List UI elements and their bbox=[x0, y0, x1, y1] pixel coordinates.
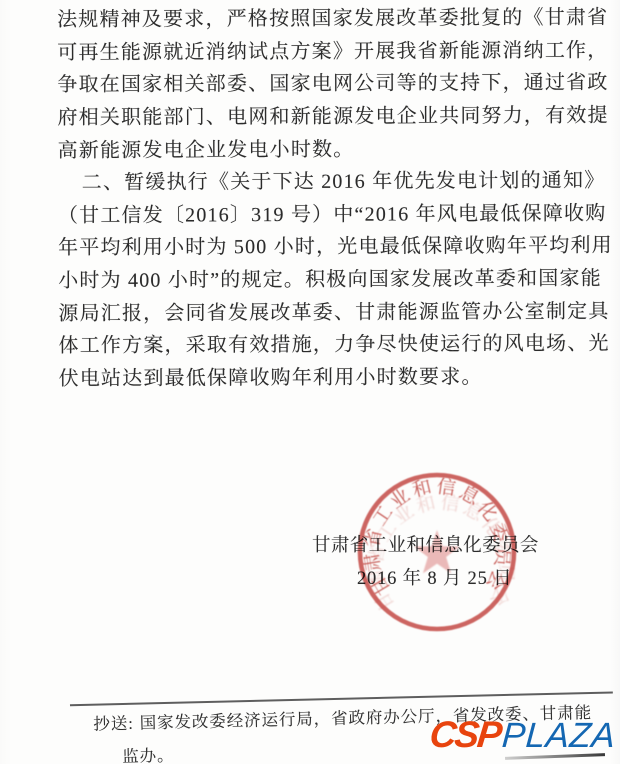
cc-line-continued: 监办。 bbox=[122, 742, 175, 764]
scanned-document-page: 法规精神及要求，严格按照国家发展改革委批复的《甘肃省 可再生能源就近消纳试点方案… bbox=[0, 0, 620, 764]
cc-label: 抄送: bbox=[93, 714, 134, 734]
logo-csp-text: CSP bbox=[428, 716, 502, 753]
logo-plaza-text: PLAZA bbox=[501, 718, 617, 753]
footer-block: 抄送:国家发改委经济运行局，省政府办公厅，省发改委、甘肃能 监办。 bbox=[0, 0, 620, 764]
cspplaza-watermark-logo: CSP PLAZA bbox=[430, 716, 615, 753]
